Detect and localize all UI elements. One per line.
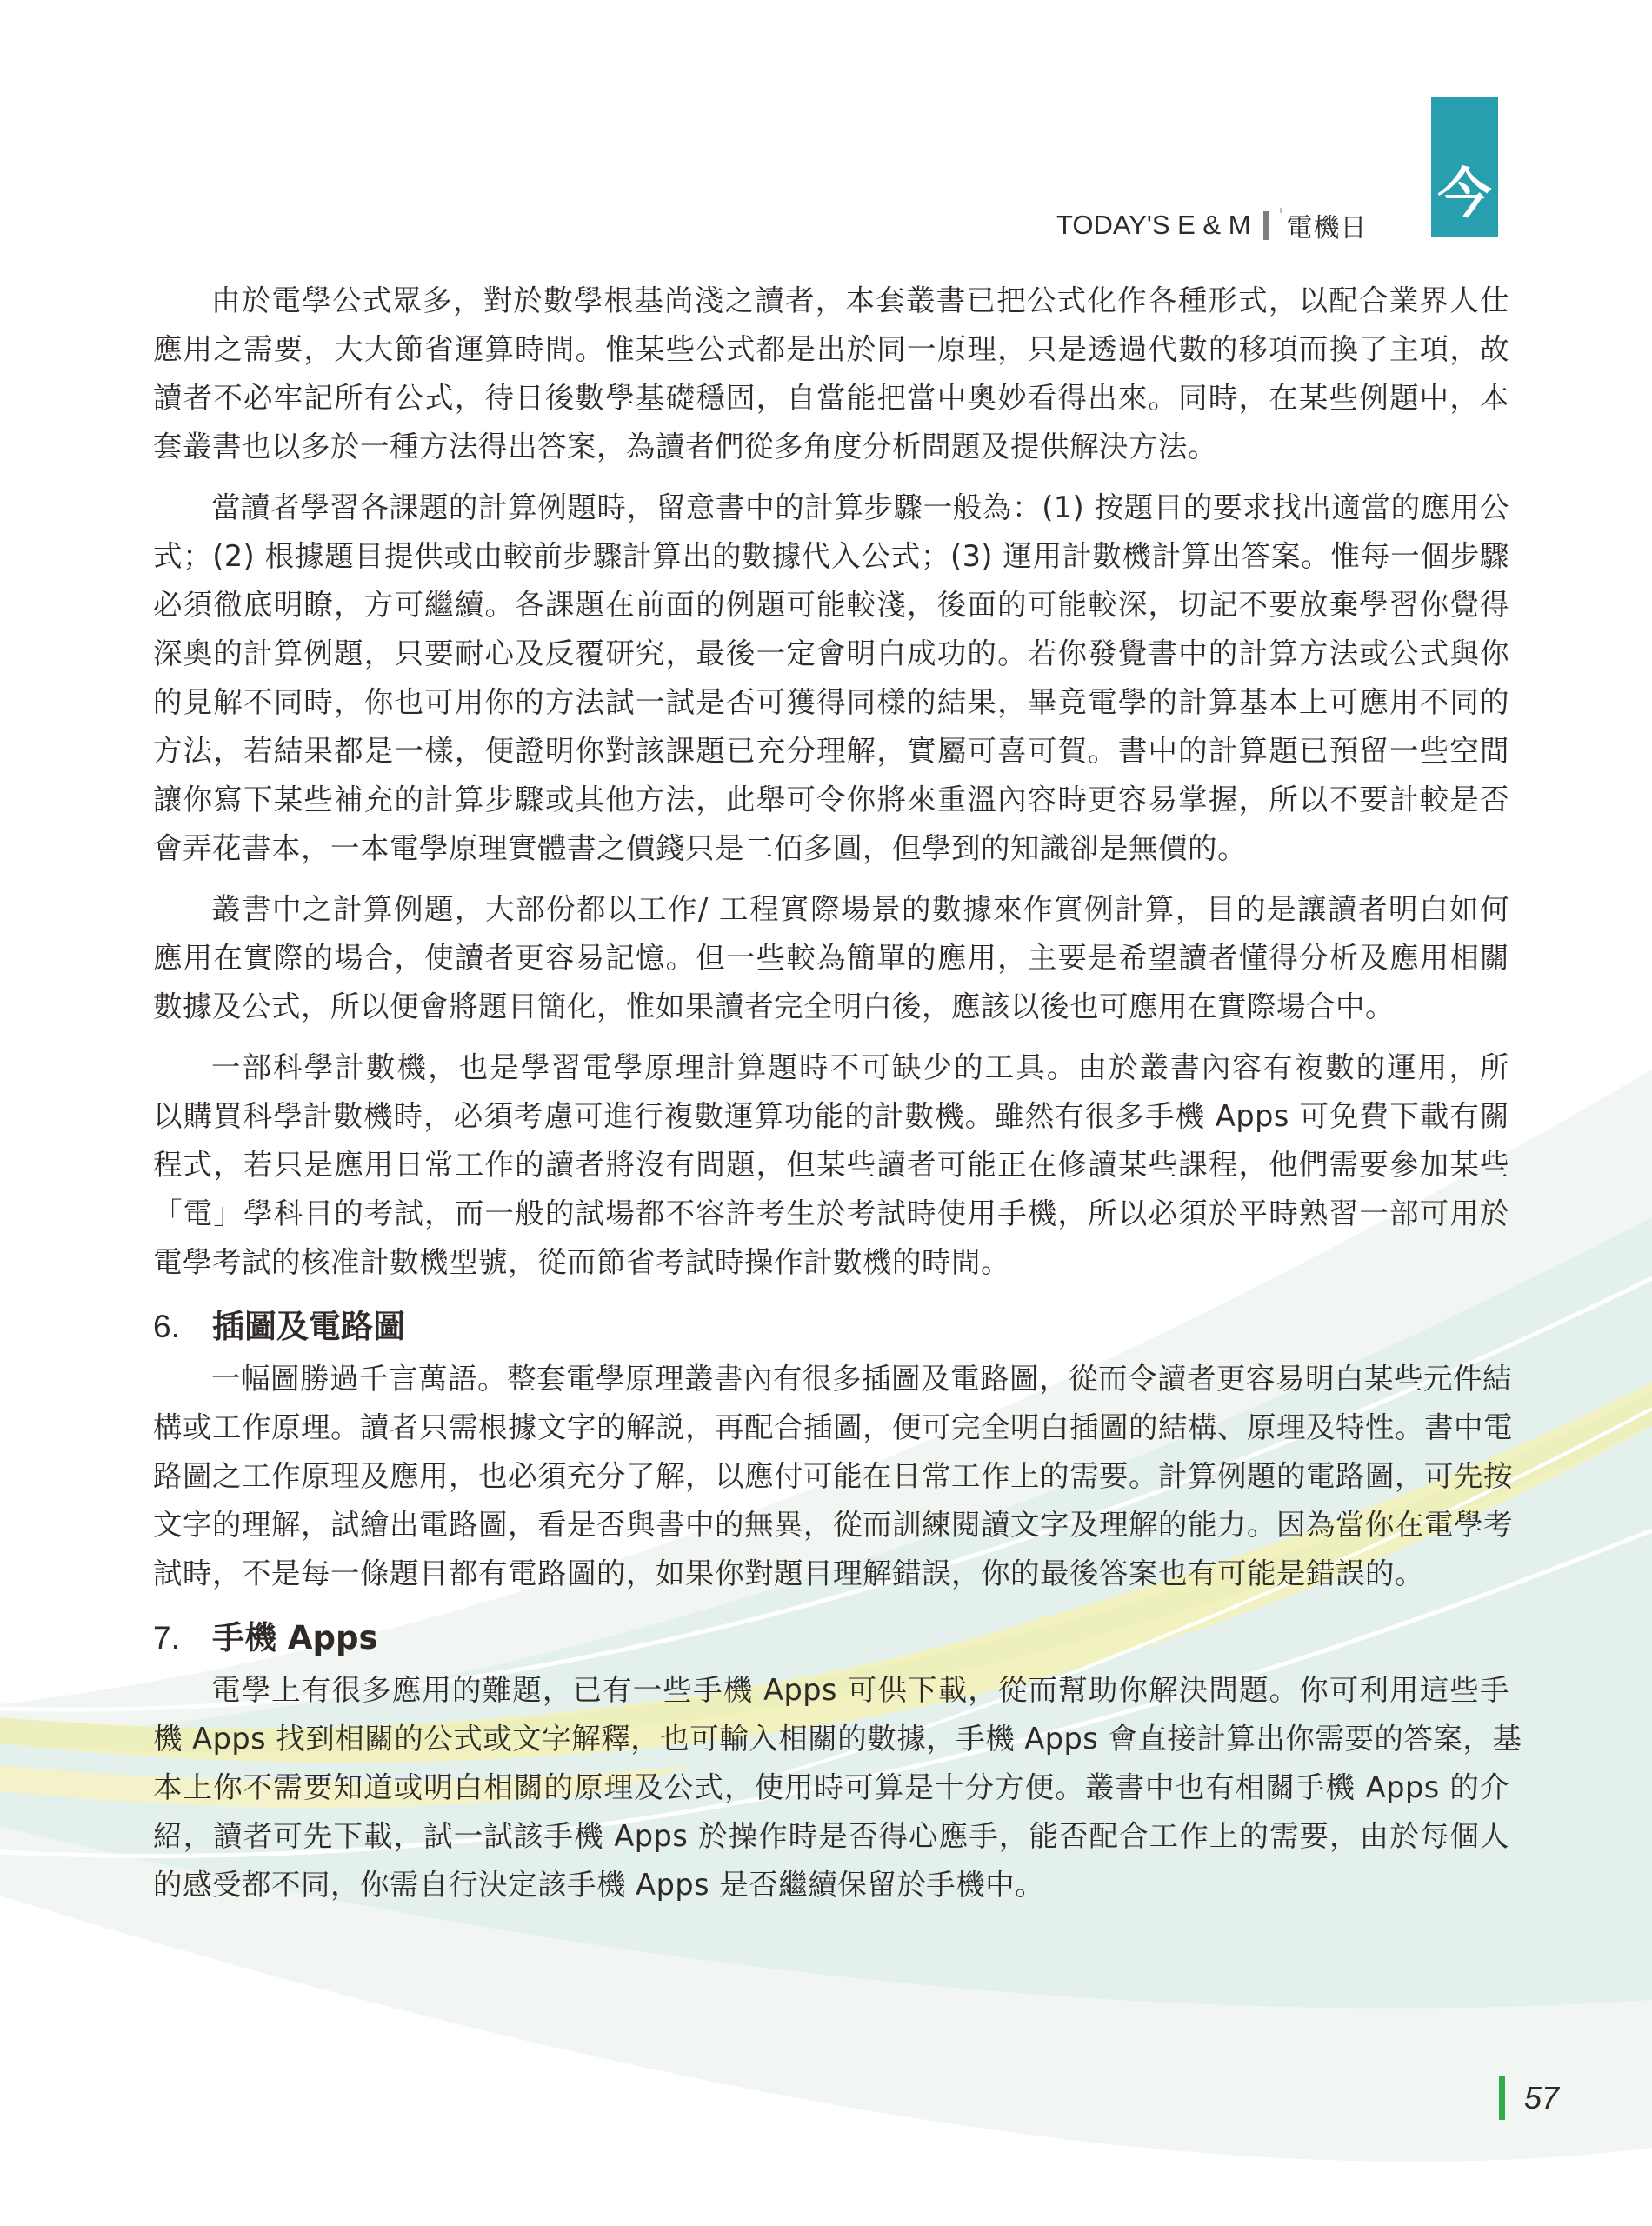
header-dot bbox=[1280, 208, 1282, 213]
text-line: 以購買科學計數機時，必須考慮可進行複數運算功能的計數機。雖然有很多手機 Apps… bbox=[153, 1092, 1509, 1141]
magazine-logo: 今 bbox=[1431, 97, 1498, 237]
text-line: 構或工作原理。讀者只需根據文字的解説，再配合插圖，便可完全明白插圖的結構、原理及… bbox=[153, 1403, 1509, 1452]
section-title: 手機 Apps bbox=[212, 1619, 378, 1656]
text-line: 一幅圖勝過千言萬語。整套電學原理叢書內有很多插圖及電路圖，從而令讀者更容易明白某… bbox=[153, 1355, 1509, 1403]
text-line: 深奧的計算例題，只要耐心及反覆研究，最後一定會明白成功的。若你發覺書中的計算方法… bbox=[153, 630, 1509, 678]
text-line: 程式，若只是應用日常工作的讀者將沒有問題，但某些讀者可能正在修讀某些課程，他們需… bbox=[153, 1141, 1509, 1190]
page-number: 57 bbox=[1524, 2080, 1559, 2116]
text-line: 電學上有很多應用的難題，已有一些手機 Apps 可供下載，從而幫助你解決問題。你… bbox=[153, 1666, 1509, 1715]
paragraph-illustrations: 一幅圖勝過千言萬語。整套電學原理叢書內有很多插圖及電路圖，從而令讀者更容易明白某… bbox=[153, 1355, 1509, 1598]
text-line: 讓你寫下某些補充的計算步驟或其他方法，此舉可令你將來重溫內容時更容易掌握，所以不… bbox=[153, 776, 1509, 824]
text-line: 當讀者學習各課題的計算例題時，留意書中的計算步驟一般為：(1) 按題目的要求找出… bbox=[153, 483, 1509, 532]
text-line: 文字的理解，試繪出電路圖，看是否與書中的無異，從而訓練閱讀文字及理解的能力。因為… bbox=[153, 1501, 1509, 1550]
paragraph-formulas: 由於電學公式眾多，對於數學根基尚淺之讀者，本套叢書已把公式化作各種形式，以配合業… bbox=[153, 277, 1509, 471]
text-line: 的感受都不同，你需自行決定該手機 Apps 是否繼續保留於手機中。 bbox=[153, 1861, 1509, 1909]
section-heading-7: 7.手機 Apps bbox=[153, 1612, 1509, 1664]
text-line: 紹，讀者可先下載，試一試該手機 Apps 於操作時是否得心應手，能否配合工作上的… bbox=[153, 1812, 1509, 1861]
paragraph-mobile-apps: 電學上有很多應用的難題，已有一些手機 Apps 可供下載，從而幫助你解決問題。你… bbox=[153, 1666, 1509, 1909]
page-number-accent-bar bbox=[1499, 2076, 1505, 2120]
section-heading-6: 6.插圖及電路圖 bbox=[153, 1301, 1509, 1353]
text-line: 方法，若結果都是一樣，便證明你對該課題已充分理解，實屬可喜可賀。書中的計算題已預… bbox=[153, 727, 1509, 776]
logo-character: 今 bbox=[1437, 167, 1491, 221]
section-title: 插圖及電路圖 bbox=[212, 1308, 405, 1345]
text-line: 叢書中之計算例題，大部份都以工作/ 工程實際場景的數據來作實例計算，目的是讓讀者… bbox=[153, 885, 1509, 934]
text-line: 一部科學計數機，也是學習電學原理計算題時不可缺少的工具。由於叢書內容有複數的運用… bbox=[153, 1043, 1509, 1092]
paragraph-calculation-steps: 當讀者學習各課題的計算例題時，留意書中的計算步驟一般為：(1) 按題目的要求找出… bbox=[153, 483, 1509, 873]
text-line: 的見解不同時，你也可用你的方法試一試是否可獲得同樣的結果，畢竟電學的計算基本上可… bbox=[153, 678, 1509, 727]
page-footer: 57 bbox=[1499, 2076, 1559, 2120]
text-line: 必須徹底明瞭，方可繼續。各課題在前面的例題可能較淺，後面的可能較深，切記不要放棄… bbox=[153, 581, 1509, 630]
text-line: 套叢書也以多於一種方法得出答案，為讀者們從多角度分析問題及提供解決方法。 bbox=[153, 423, 1509, 471]
header-divider bbox=[1263, 211, 1269, 240]
section-number: 6. bbox=[153, 1301, 212, 1353]
text-line: 應用在實際的場合，使讀者更容易記憶。但一些較為簡單的應用，主要是希望讀者懂得分析… bbox=[153, 934, 1509, 983]
text-line: 數據及公式，所以便會將題目簡化，惟如果讀者完全明白後，應該以後也可應用在實際場合… bbox=[153, 983, 1509, 1031]
text-line: 試時，不是每一條題目都有電路圖的，如果你對題目理解錯誤，你的最後答案也有可能是錯… bbox=[153, 1550, 1509, 1598]
text-line: 會弄花書本，一本電學原理實體書之價錢只是二佰多圓，但學到的知識卻是無價的。 bbox=[153, 824, 1509, 873]
text-line: 機 Apps 找到相關的公式或文字解釋，也可輸入相關的數據，手機 Apps 會直… bbox=[153, 1715, 1509, 1763]
text-line: 由於電學公式眾多，對於數學根基尚淺之讀者，本套叢書已把公式化作各種形式，以配合業… bbox=[153, 277, 1509, 325]
header-title: TODAY'S E & M 電機日 bbox=[1056, 206, 1368, 244]
header-title-en: TODAY'S E & M bbox=[1056, 210, 1251, 241]
text-line: 讀者不必牢記所有公式，待日後數學基礎穩固，自當能把當中奧妙看得出來。同時，在某些… bbox=[153, 374, 1509, 423]
text-line: 路圖之工作原理及應用，也必須充分了解，以應付可能在日常工作上的需要。計算例題的電… bbox=[153, 1452, 1509, 1501]
text-line: 本上你不需要知道或明白相關的原理及公式，使用時可算是十分方便。叢書中也有相關手機… bbox=[153, 1763, 1509, 1812]
text-line: 式；(2) 根據題目提供或由較前步驟計算出的數據代入公式；(3) 運用計數機計算… bbox=[153, 532, 1509, 581]
header-title-cn: 電機日 bbox=[1287, 206, 1368, 244]
text-line: 電學考試的核准計數機型號，從而節省考試時操作計數機的時間。 bbox=[153, 1238, 1509, 1287]
text-line: 「電」學科目的考試，而一般的試場都不容許考生於考試時使用手機，所以必須於平時熟習… bbox=[153, 1190, 1509, 1238]
paragraph-examples: 叢書中之計算例題，大部份都以工作/ 工程實際場景的數據來作實例計算，目的是讓讀者… bbox=[153, 885, 1509, 1031]
text-line: 應用之需要，大大節省運算時間。惟某些公式都是出於同一原理，只是透過代數的移項而換… bbox=[153, 325, 1509, 374]
section-number: 7. bbox=[153, 1612, 212, 1664]
article-body: 由於電學公式眾多，對於數學根基尚淺之讀者，本套叢書已把公式化作各種形式，以配合業… bbox=[153, 277, 1509, 1909]
paragraph-calculator: 一部科學計數機，也是學習電學原理計算題時不可缺少的工具。由於叢書內容有複數的運用… bbox=[153, 1043, 1509, 1287]
